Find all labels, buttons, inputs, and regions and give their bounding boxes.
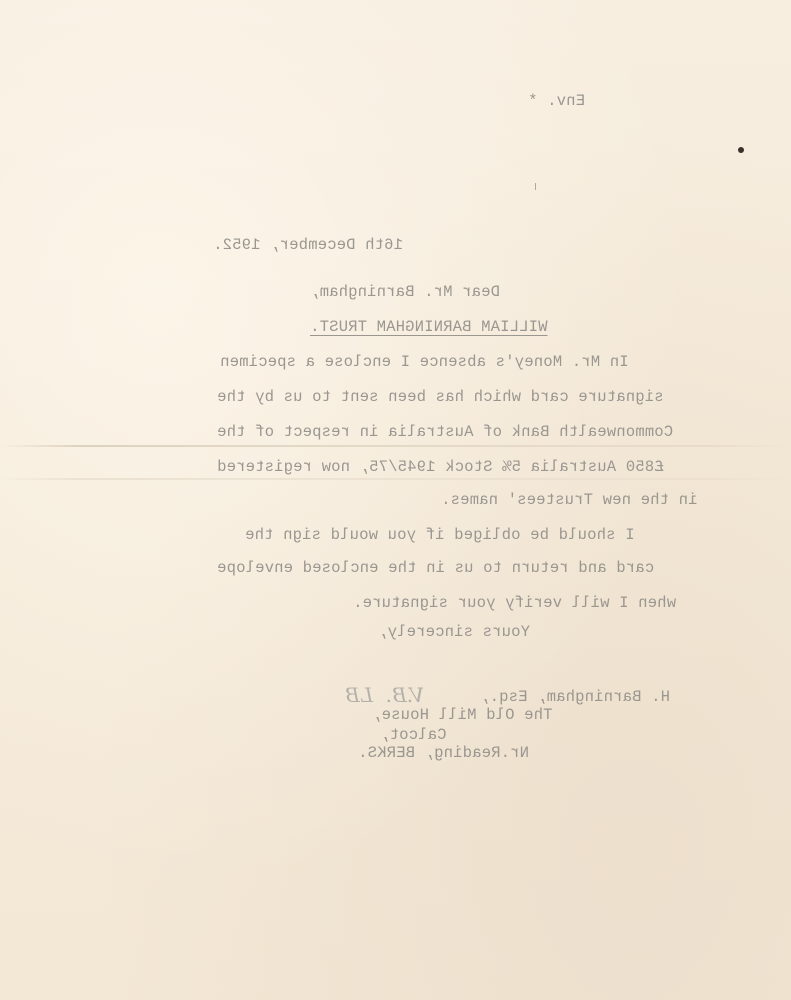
body-line: I should be obliged if you would sign th… <box>245 526 635 544</box>
body-line: signature card which has been sent to us… <box>217 388 664 406</box>
salutation: Dear Mr. Barningham, <box>310 283 500 301</box>
body-line: in the new Trustees' names. <box>441 491 698 509</box>
ink-spot <box>738 147 744 153</box>
letter-heading: WILLIAM BARNINGHAM TRUST. <box>310 318 548 336</box>
reference-mark: Env. * <box>528 92 585 110</box>
body-line: In Mr. Money's absence I enclose a speci… <box>220 353 629 371</box>
body-line: card and return to us in the enclosed en… <box>217 559 654 577</box>
body-line: £850 Australia 5% Stock 1945/75, now reg… <box>217 458 664 476</box>
pencil-mark <box>535 183 536 190</box>
handwritten-annotation: V.B. LB <box>345 683 424 707</box>
body-line: Commonwealth Bank of Australia in respec… <box>217 423 673 441</box>
letter-page: Env. * 16th December, 1952. Dear Mr. Bar… <box>0 0 791 1000</box>
address-line: Nr.Reading, BERKS. <box>358 744 529 762</box>
paper-crease <box>0 445 791 447</box>
body-line: when I will verify your signature. <box>353 594 676 612</box>
address-line: Calcot, <box>380 726 447 744</box>
paper-crease <box>0 478 791 480</box>
address-line: The Old Mill House, <box>372 706 553 724</box>
letter-date: 16th December, 1952. <box>213 236 403 254</box>
address-line: H. Barningham, Esq., <box>480 688 670 706</box>
closing: Yours sincerely, <box>378 623 530 641</box>
